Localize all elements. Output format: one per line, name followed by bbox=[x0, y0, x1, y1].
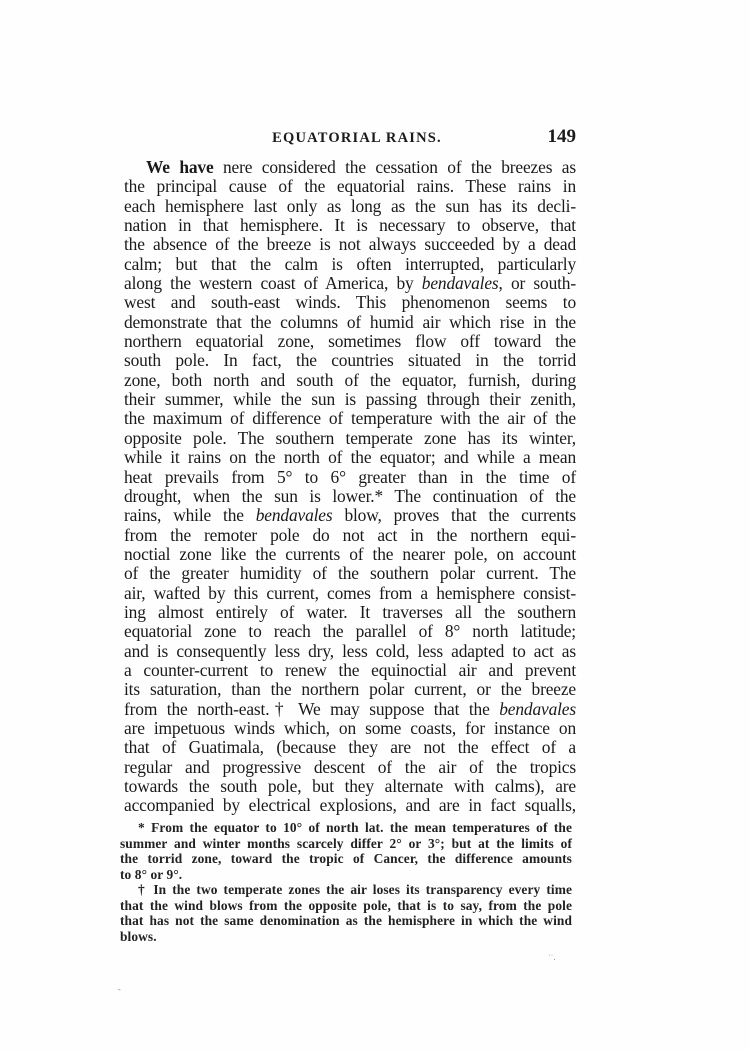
footnote-dagger-line: that the wind blows from the opposite po… bbox=[120, 898, 572, 914]
running-title: EQUATORIAL RAINS. bbox=[124, 130, 576, 147]
page-number: 149 bbox=[548, 126, 577, 148]
body-line: towards the south pole, but they alterna… bbox=[124, 777, 576, 796]
scan-speck: - bbox=[118, 985, 121, 994]
italic-term: bendavales bbox=[422, 273, 499, 293]
body-paragraph: We have nere considered the cessation of… bbox=[124, 158, 576, 816]
body-line: noctial zone like the currents of the ne… bbox=[124, 545, 576, 564]
body-line: are impetuous winds which, on some coast… bbox=[124, 719, 576, 738]
body-line: of the greater humidity of the southern … bbox=[124, 564, 576, 583]
body-line-rest: nere considered the cessation of the bre… bbox=[223, 157, 576, 177]
body-line: while it rains on the north of the equat… bbox=[124, 448, 576, 467]
footnote-dagger-line: that has not the same denomination as th… bbox=[120, 913, 572, 929]
body-line: air, wafted by this current, comes from … bbox=[124, 584, 576, 603]
footnote-dagger-line: blows. bbox=[120, 929, 572, 945]
body-line: the absence of the breeze is not always … bbox=[124, 235, 576, 254]
body-line: accompanied by electrical explosions, an… bbox=[124, 796, 576, 815]
body-line: regular and progressive descent of the a… bbox=[124, 758, 576, 777]
body-line: zone, both north and south of the equato… bbox=[124, 371, 576, 390]
body-line: its saturation, than the northern polar … bbox=[124, 680, 576, 699]
body-line: their summer, while the sun is passing t… bbox=[124, 390, 576, 409]
body-line: a counter-current to renew the equinocti… bbox=[124, 661, 576, 680]
italic-term: bendavales bbox=[499, 699, 576, 719]
italic-term: bendavales bbox=[256, 505, 333, 525]
body-line: nation in that hemisphere. It is necessa… bbox=[124, 216, 576, 235]
body-line: from the remoter pole do not act in the … bbox=[124, 526, 576, 545]
body-line: that of Guatimala, (because they are not… bbox=[124, 738, 576, 757]
body-line: west and south-east winds. This phenomen… bbox=[124, 293, 576, 312]
footnotes: * From the equator to 10° of north lat. … bbox=[120, 820, 572, 944]
book-page: EQUATORIAL RAINS. 149 We have nere consi… bbox=[0, 0, 750, 1050]
body-line: equatorial zone to reach the parallel of… bbox=[124, 622, 576, 641]
running-head: EQUATORIAL RAINS. 149 bbox=[124, 126, 576, 150]
body-line: each hemisphere last only as long as the… bbox=[124, 197, 576, 216]
body-line: drought, when the sun is lower.* The con… bbox=[124, 487, 576, 506]
body-line-italic: rains, while the bendavales blow, proves… bbox=[124, 506, 576, 525]
body-line: demonstrate that the columns of humid ai… bbox=[124, 313, 576, 332]
footnote-asterisk-line: * From the equator to 10° of north lat. … bbox=[120, 820, 572, 836]
body-line: the principal cause of the equatorial ra… bbox=[124, 177, 576, 196]
body-line: opposite pole. The southern temperate zo… bbox=[124, 429, 576, 448]
footnote-dagger-line: † In the two temperate zones the air los… bbox=[120, 882, 572, 898]
body-line: northern equatorial zone, sometimes flow… bbox=[124, 332, 576, 351]
footnote-asterisk-line: summer and winter months scarcely differ… bbox=[120, 836, 572, 852]
body-line-italic: along the western coast of America, by b… bbox=[124, 274, 576, 293]
footnote-asterisk-line: to 8° or 9°. bbox=[120, 867, 572, 883]
body-line: calm; but that the calm is often interru… bbox=[124, 255, 576, 274]
body-line: ing almost entirely of water. It travers… bbox=[124, 603, 576, 622]
body-line: the maximum of difference of temperature… bbox=[124, 409, 576, 428]
body-line: We have nere considered the cessation of… bbox=[124, 158, 576, 177]
body-line: heat prevails from 5° to 6° greater than… bbox=[124, 468, 576, 487]
body-line: south pole. In fact, the countries situa… bbox=[124, 351, 576, 370]
scan-speck: ˙˙. bbox=[548, 953, 555, 962]
footnote-asterisk-line: the torrid zone, toward the tropic of Ca… bbox=[120, 851, 572, 867]
body-line-italic: from the north-east.† We may suppose tha… bbox=[124, 700, 576, 719]
body-line: and is consequently less dry, less cold,… bbox=[124, 642, 576, 661]
